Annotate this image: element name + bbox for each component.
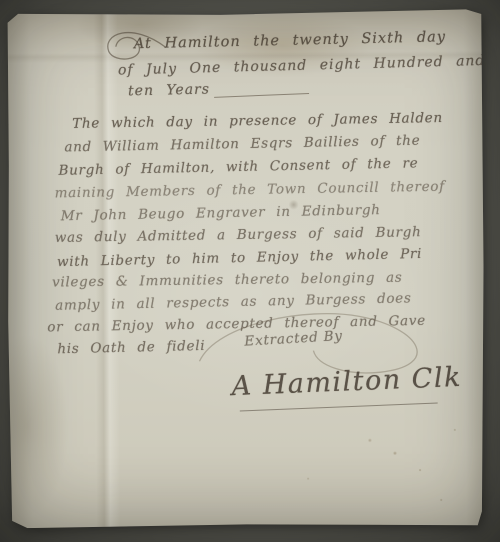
body-line: The which day in presence of James Halde… <box>72 110 443 132</box>
body-line: his Oath de fideli <box>57 338 205 357</box>
parchment: At Hamilton the twenty Sixth day of July… <box>6 8 486 529</box>
signature: A Hamilton Clk <box>231 362 462 402</box>
heading-line-1: At Hamilton the twenty Sixth day <box>134 29 447 52</box>
body-line: with Liberty to him to Enjoy the whole P… <box>57 246 422 270</box>
parchment-wrap: At Hamilton the twenty Sixth day of July… <box>7 9 484 528</box>
body-line: was duly Admitted a Burgess of said Burg… <box>55 224 422 246</box>
signature-underline <box>240 403 438 412</box>
body-line: vileges & Immunities thereto belonging a… <box>52 270 403 291</box>
body-line: maining Members of the Town Councill the… <box>54 179 445 202</box>
body-line: Mr John Beugo Engraver in Edinburgh <box>61 202 381 224</box>
body-line: or can Enjoy who accepted thereof and Ga… <box>47 313 426 336</box>
flourish-dash <box>214 93 309 98</box>
body-line: Burgh of Hamilton, with Consent of the r… <box>58 155 418 179</box>
body-line: amply in all respects as any Burgess doe… <box>55 290 412 313</box>
photo-background: At Hamilton the twenty Sixth day of July… <box>0 0 500 542</box>
heading-line-3: ten Years <box>128 81 210 99</box>
body-line: and William Hamilton Esqrs Baillies of t… <box>64 133 420 156</box>
heading-line-2: of July One thousand eight Hundred and <box>118 53 486 79</box>
